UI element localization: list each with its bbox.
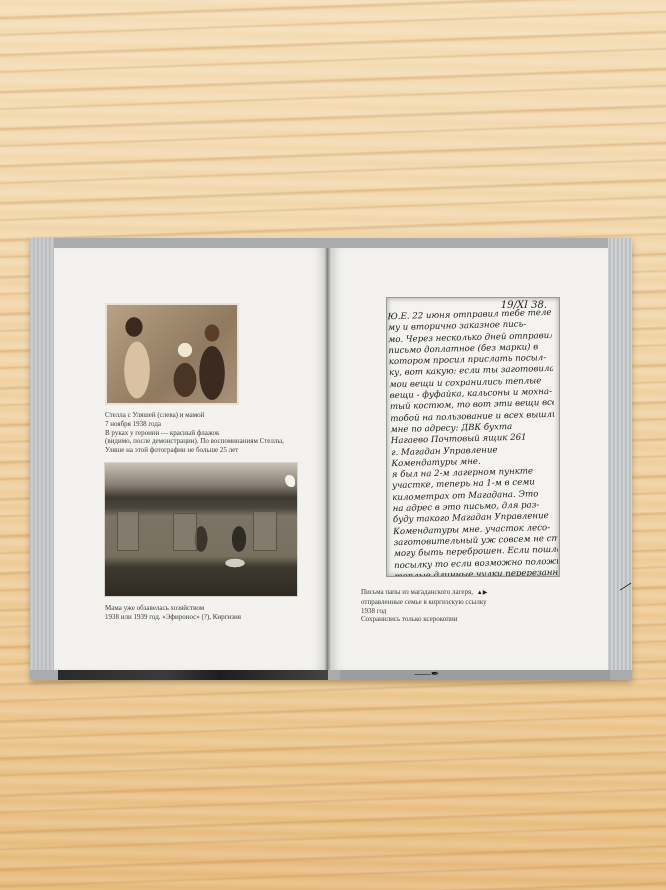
caption-line: отправленные семье в киргизскую ссылку [361,598,561,607]
caption-line: 7 ноября 1938 года [105,420,305,429]
portrait-caption: Стелла с Уляшей (слева) и мамой 7 ноября… [105,411,305,455]
barn-door [173,513,197,551]
caption-line: Мама уже обзавелась хозяйством [105,604,305,613]
book-bottom-right-strip [340,670,610,680]
caption-line: В руках у героини — красный флажок [105,429,305,438]
caption-line: 1938 или 1939 год. «Эфиронос» (?), Кирги… [105,613,305,622]
book-page-edges-left [30,238,54,670]
letter-caption: Письма папы из магаданского лагеря, ▲▶ о… [361,588,561,624]
arrow-pointer-icon: ▲▶ [477,590,488,596]
ink-mark-icon: ⸺✒ [414,670,454,680]
caption-line: Письма папы из магаданского лагеря, ▲▶ [361,588,561,598]
photo-torn-corner [285,475,295,487]
barn-door [117,511,139,551]
book-bottom-left-strip [58,670,328,680]
letter-text: Ю.Е. 22 июня отправил тебе телеграм- му … [387,308,558,577]
handwritten-letter: 19/XI 38. Ю.Е. 22 июня отправил тебе тел… [386,297,560,577]
farmstead-caption: Мама уже обзавелась хозяйством 1938 или … [105,604,305,622]
caption-line: 1938 год [361,607,561,616]
book-spine [324,248,332,670]
caption-line: Стелла с Уляшей (слева) и мамой [105,411,305,420]
caption-line: (видимо, после демонстрации). По воспоми… [105,437,305,446]
caption-line: Сохранились только ксерокопии [361,615,561,624]
family-portrait-photo [105,303,239,405]
barn-door [253,511,277,551]
farmstead-photo [104,462,298,597]
book-page-edges-right [608,238,632,670]
caption-line: Уляше на этой фотографии не больше 25 ле… [105,446,305,455]
caption-text: Письма папы из магаданского лагеря, [361,588,473,596]
